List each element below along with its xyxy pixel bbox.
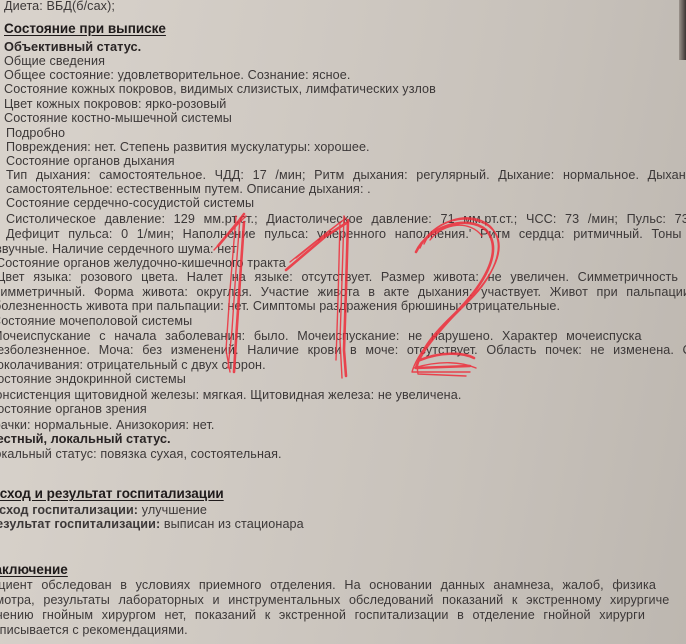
outcome-label: Исход госпитализации: [0, 503, 138, 517]
conclusion-section-title: Заключение [0, 562, 68, 577]
discharge-line: Цвет кожных покровов: ярко-розовый [4, 97, 226, 111]
discharge-line: Зрачки: нормальные. Анизокория: нет. [0, 418, 215, 432]
discharge-line: поколачивания: отрицательный с двух стор… [0, 358, 266, 372]
conclusion-line: лечению гнойным хирургом нет, показаний … [0, 608, 645, 622]
local-status-title: Местный, локальный статус. [0, 431, 171, 446]
objective-status-title: Объективный статус. [4, 39, 141, 54]
result-value: выписан из стационара [164, 517, 304, 531]
discharge-line: Состояние кожных покровов, видимых слизи… [4, 82, 436, 96]
handwriting-stroke [414, 363, 476, 368]
discharge-line: Мочеиспускание с начала заболевания: был… [0, 329, 642, 343]
discharge-line: Повреждения: нет. Степень развития муску… [6, 140, 370, 154]
diet-line: Диета: ВБД(б/сах); [4, 0, 115, 13]
outcome-section-title: Исход и результат госпитализации [0, 486, 224, 501]
conclusion-line: Пациент обследован в условиях приемного … [0, 578, 656, 592]
discharge-line: симметричный. Форма живота: округлая. Уч… [0, 285, 686, 299]
result-label: Результат госпитализации: [0, 517, 160, 531]
conclusion-line: осмотра, результаты лабораторных и инстр… [0, 593, 669, 607]
discharge-line: Состояние мочеполовой системы [0, 314, 192, 328]
discharge-line: Систолическое давление: 129 мм.рт.ст.; Д… [6, 212, 686, 226]
paper-edge-shadow [679, 0, 686, 60]
discharge-line: Цвет языка: розового цвета. Налет на язы… [0, 270, 686, 284]
discharge-line: Подробно [6, 126, 65, 140]
discharge-line: Общие сведения [4, 54, 105, 68]
discharge-line: Состояние органов зрения [0, 402, 147, 416]
result-line: Результат госпитализации: выписан из ста… [0, 517, 304, 531]
discharge-line: Состояние органов дыхания [6, 154, 175, 168]
discharge-line: безболезненное. Моча: без изменений. Нал… [0, 343, 686, 357]
outcome-value: улучшение [142, 503, 207, 517]
local-status-text: Локальный статус: повязка сухая, состоят… [0, 447, 282, 461]
discharge-line: Тип дыхания: самостоятельное. ЧДД: 17 /м… [6, 168, 686, 182]
discharge-line: Консистенция щитовидной железы: мягкая. … [0, 388, 461, 402]
discharge-line: болезненность живота при пальпации: нет.… [0, 299, 560, 313]
discharge-line: самостоятельное: естественным путем. Опи… [6, 182, 371, 196]
discharge-line: Общее состояние: удовлетворительное. Соз… [4, 68, 351, 82]
discharge-line: Состояние сердечно-сосудистой системы [6, 196, 254, 210]
discharge-line: Состояние органов желудочно-кишечного тр… [0, 256, 286, 270]
document-page: Диета: ВБД(б/сах); Состояние при выписке… [0, 0, 686, 644]
discharge-line: Состояние костно-мышечной системы [4, 111, 232, 125]
outcome-line: Исход госпитализации: улучшение [0, 503, 207, 517]
discharge-line: Дефицит пульса: 0 1/мин; Наполнение пуль… [6, 227, 686, 241]
conclusion-line: Выписывается с рекомендациями. [0, 623, 188, 637]
discharge-line: Состояние эндокринной системы [0, 372, 186, 386]
discharge-section-title: Состояние при выписке [4, 21, 166, 36]
discharge-line: звучные. Наличие сердечного шума: нет [0, 242, 237, 256]
